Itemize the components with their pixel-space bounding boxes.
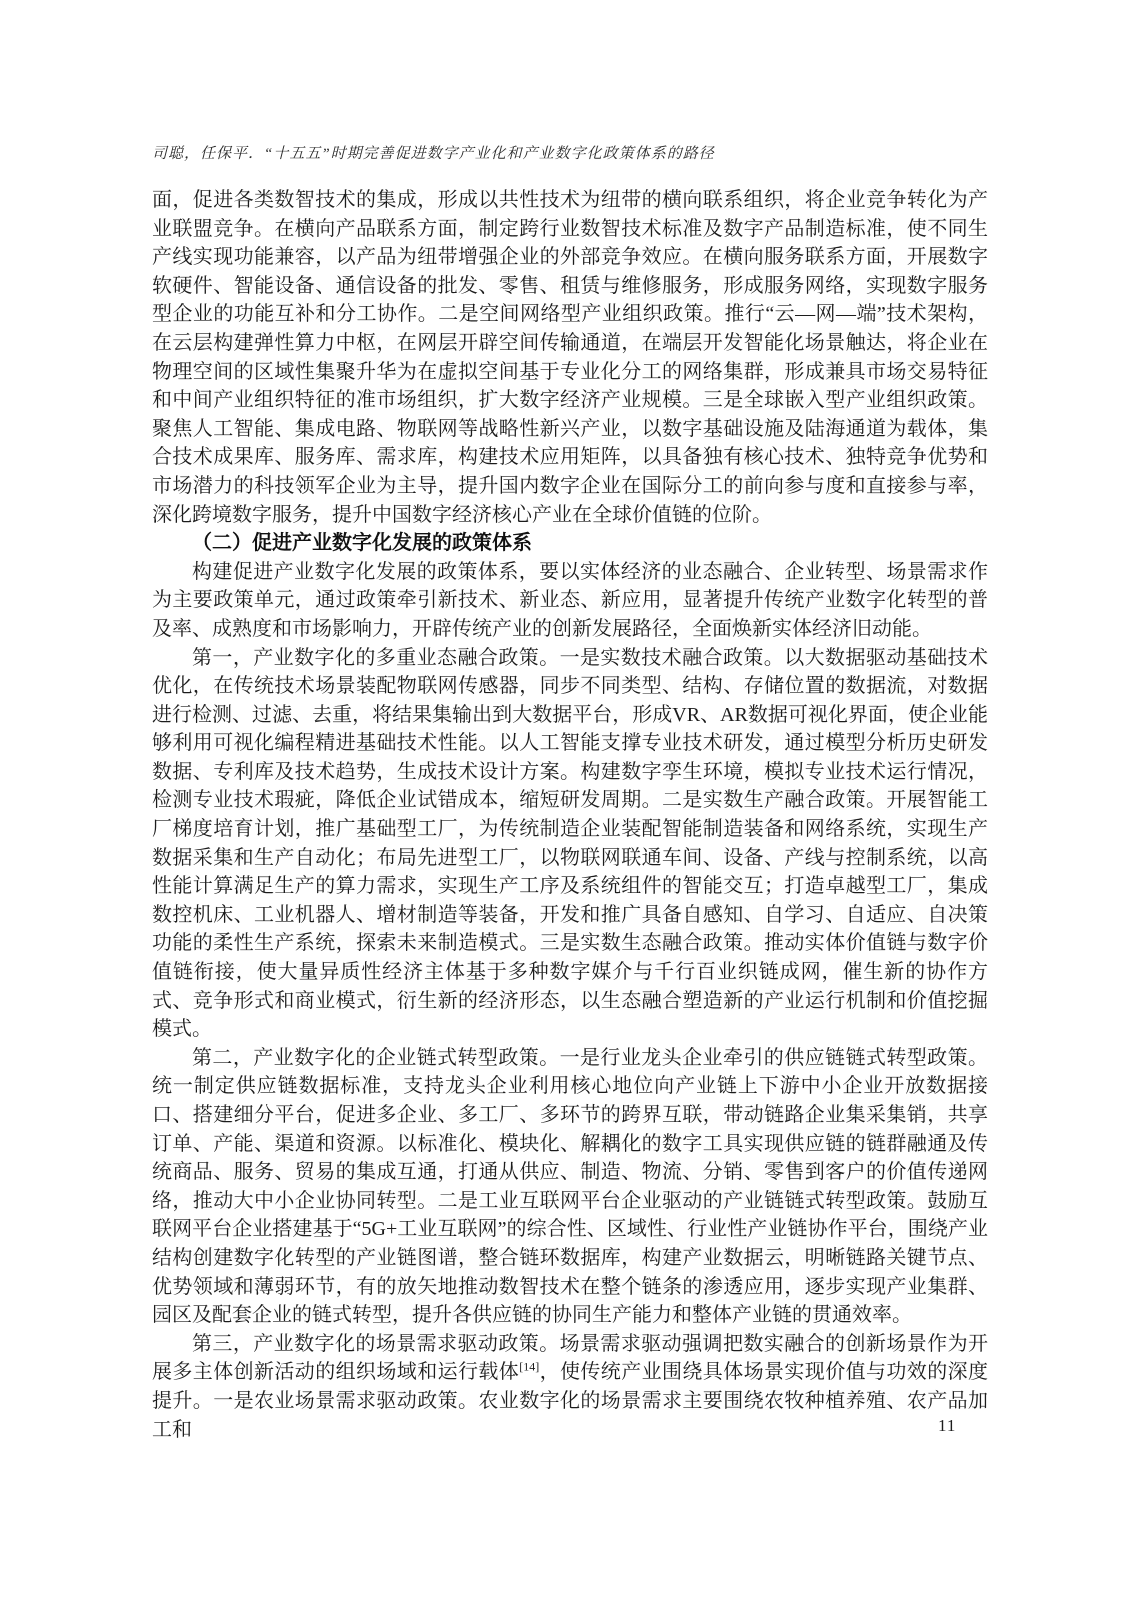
footnote-reference-14: [14] xyxy=(519,1360,539,1374)
document-page: 司聪，任保平．“十五五”时期完善促进数字产业化和产业数字化政策体系的路径 面，促… xyxy=(0,0,1140,1600)
running-header: 司聪，任保平．“十五五”时期完善促进数字产业化和产业数字化政策体系的路径 xyxy=(152,142,988,163)
paragraph-policy-system-overview: 构建促进产业数字化发展的政策体系，要以实体经济的业态融合、企业转型、场景需求作为… xyxy=(152,558,988,644)
paragraph-third-scenario-demand-policy: 第三，产业数字化的场景需求驱动政策。场景需求驱动强调把数实融合的创新场景作为开展… xyxy=(152,1330,988,1444)
paragraph-second-enterprise-chain-transformation-policy: 第二，产业数字化的企业链式转型政策。一是行业龙头企业牵引的供应链链式转型政策。统… xyxy=(152,1044,988,1330)
article-body: 面，促进各类数智技术的集成，形成以共性技术为纽带的横向联系组织，将企业竞争转化为… xyxy=(152,186,988,1444)
paragraph-first-multi-format-fusion-policy: 第一，产业数字化的多重业态融合政策。一是实数技术融合政策。以大数据驱动基础技术优… xyxy=(152,644,988,1044)
paragraph-industrial-organization-policy: 面，促进各类数智技术的集成，形成以共性技术为纽带的横向联系组织，将企业竞争转化为… xyxy=(152,186,988,529)
page-number: 11 xyxy=(938,1416,956,1436)
section-heading-industry-digitalization: （二）促进产业数字化发展的政策体系 xyxy=(152,529,988,558)
